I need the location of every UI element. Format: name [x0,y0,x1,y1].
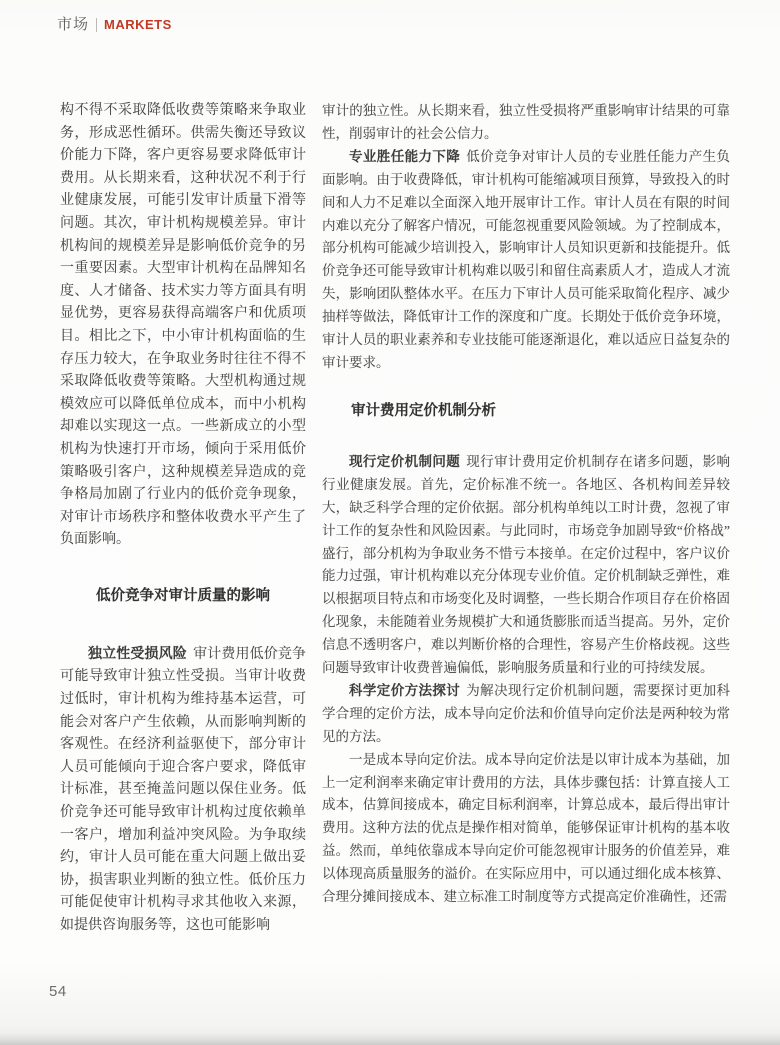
section-title-cn: 市场 [57,17,89,32]
paragraph-lead: 独立性受损风险 [88,645,187,661]
paragraph-text: 现行审计费用定价机制存在诸多问题，影响行业健康发展。首先，定价标准不统一。各地区… [322,454,730,675]
section-heading-pricing-mechanism: 审计费用定价机制分析 [322,401,730,421]
right-paragraph-cost-oriented-pricing: 一是成本导向定价法。成本导向定价法是以审计成本为基础，加上一定利润率来确定审计费… [322,749,730,909]
paragraph-lead: 现行定价机制问题 [349,454,460,469]
right-paragraph-current-pricing-problems: 现行定价机制问题现行审计费用定价机制存在诸多问题，影响行业健康发展。首先，定价标… [322,451,730,680]
header-divider [96,18,97,32]
paragraph-text: 审计费用低价竞争可能导致审计独立性受损。当审计收费过低时，审计机构为维持基本运营… [60,647,306,933]
scan-shadow [0,1033,780,1045]
right-paragraph-competence-decline: 专业胜任能力下降低价竞争对审计人员的专业胜任能力产生负面影响。由于收费降低，审计… [322,146,730,375]
left-paragraph-continuation: 构不得不采取降低收费等策略来争取业务，形成恶性循环。供需失衡还导致议价能力下降，… [60,100,306,552]
page-header: 市场 MARKETS [57,17,172,32]
left-paragraph-independence-risk: 独立性受损风险审计费用低价竞争可能导致审计独立性受损。当审计收费过低时，审计机构… [60,642,306,938]
paragraph-lead: 专业胜任能力下降 [349,149,460,164]
paragraph-lead: 科学定价方法探讨 [349,683,460,698]
left-column: 构不得不采取降低收费等策略来争取业务，形成恶性循环。供需失衡还导致议价能力下降，… [60,100,306,938]
right-paragraph-continuation: 审计的独立性。从长期来看，独立性受损将严重影响审计结果的可靠性，削弱审计的社会公… [322,100,730,146]
right-column: 审计的独立性。从长期来看，独立性受损将严重影响审计结果的可靠性，削弱审计的社会公… [322,100,730,938]
paragraph-text: 低价竞争对审计人员的专业胜任能力产生负面影响。由于收费降低，审计机构可能缩减项目… [322,149,730,370]
page-footer: 54 [49,983,67,1001]
section-heading-quality-impact: 低价竞争对审计质量的影响 [60,586,306,606]
paragraph-text: 一是成本导向定价法。成本导向定价法是以审计成本为基础，加上一定利润率来确定审计费… [322,752,730,904]
paragraph-text: 构不得不采取降低收费等策略来争取业务，形成恶性循环。供需失衡还导致议价能力下降，… [60,103,306,547]
section-title-en: MARKETS [104,18,172,31]
right-paragraph-scientific-pricing: 科学定价方法探讨为解决现行定价机制问题，需要探讨更加科学合理的定价方法，成本导向… [322,680,730,749]
page-number: 54 [49,983,67,1000]
magazine-page: 市场 MARKETS 构不得不采取降低收费等策略来争取业务，形成恶性循环。供需失… [0,0,780,1045]
article-body: 构不得不采取降低收费等策略来争取业务，形成恶性循环。供需失衡还导致议价能力下降，… [60,100,730,938]
paragraph-text: 审计的独立性。从长期来看，独立性受损将严重影响审计结果的可靠性，削弱审计的社会公… [322,103,730,141]
